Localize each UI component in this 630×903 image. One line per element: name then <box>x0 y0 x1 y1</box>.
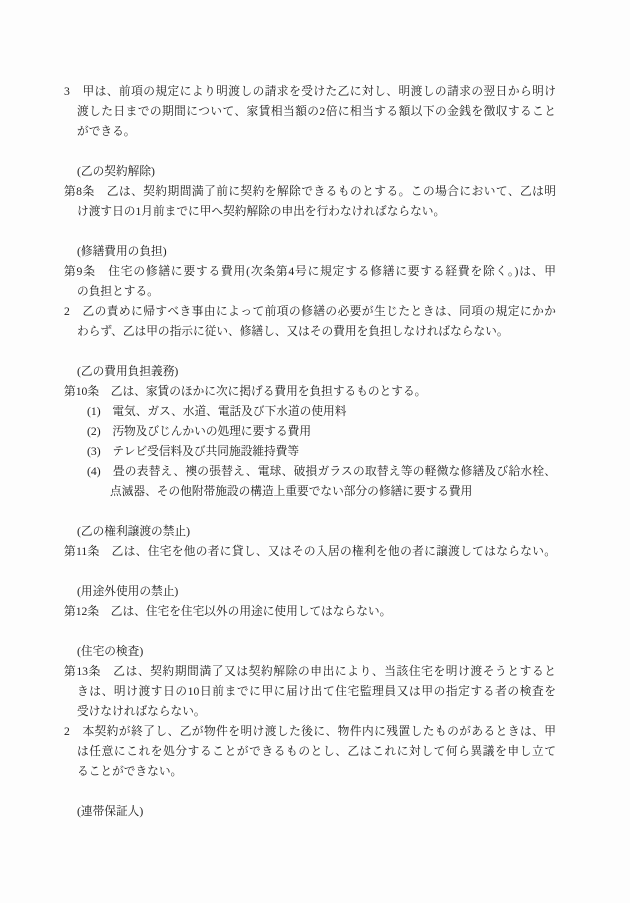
text-line: 受けなければならない。 <box>64 702 556 722</box>
blank-line <box>64 502 556 522</box>
blank-line <box>64 222 556 242</box>
blank-line <box>64 142 556 162</box>
text-line: は任意にこれを処分することができるものとし、乙はこれに対して何ら異議を申し立て <box>64 742 556 762</box>
text-line: きは、明け渡す日の10日前までに甲に届け出て住宅監理員又は甲の指定する者の検査を <box>64 682 556 702</box>
article-line: 第8条 乙は、契約期間満了前に契約を解除できるものとする。この場合において、乙は… <box>64 182 556 202</box>
article-line: 第10条 乙は、家賃のほかに次に掲げる費用を負担するものとする。 <box>64 382 556 402</box>
clause-number-line: 3 甲は、前項の規定により明渡しの請求を受けた乙に対し、明渡しの請求の翌日から明… <box>64 82 556 102</box>
article-line: 第11条 乙は、住宅を他の者に貸し、又はその入居の権利を他の者に譲渡してはならな… <box>64 542 556 562</box>
section-heading: (乙の契約解除) <box>64 162 556 182</box>
text-line: け渡す日の1月前までに甲へ契約解除の申出を行わなければならない。 <box>64 202 556 222</box>
section-heading: (連帯保証人) <box>64 802 556 822</box>
article-line: 第12条 乙は、住宅を住宅以外の用途に使用してはならない。 <box>64 602 556 622</box>
blank-line <box>64 622 556 642</box>
text-line: ができる。 <box>64 122 556 142</box>
text-line: ることができない。 <box>64 762 556 782</box>
text-line: わらず、乙は甲の指示に従い、修繕し、又はその費用を負担しなければならない。 <box>64 322 556 342</box>
list-item-line: (1) 電気、ガス、水道、電話及び下水道の使用料 <box>64 402 556 422</box>
contract-text-block: 3 甲は、前項の規定により明渡しの請求を受けた乙に対し、明渡しの請求の翌日から明… <box>64 82 556 822</box>
blank-line <box>64 782 556 802</box>
list-item-line: (3) テレビ受信料及び共同施設維持費等 <box>64 442 556 462</box>
blank-line <box>64 562 556 582</box>
blank-line <box>64 342 556 362</box>
clause-number-line: 2 乙の責めに帰すべき事由によって前項の修繕の必要が生じたときは、同項の規定にか… <box>64 302 556 322</box>
article-line: 第13条 乙は、契約期間満了又は契約解除の申出により、当該住宅を明け渡そうとする… <box>64 662 556 682</box>
section-heading: (用途外使用の禁止) <box>64 582 556 602</box>
section-heading: (住宅の検査) <box>64 642 556 662</box>
text-line: の負担とする。 <box>64 282 556 302</box>
clause-number-line: 2 本契約が終了し、乙が物件を明け渡した後に、物件内に残置したものがあるときは、… <box>64 722 556 742</box>
article-line: 第9条 住宅の修繕に要する費用(次条第4号に規定する修繕に要する経費を除く。)は… <box>64 262 556 282</box>
section-heading: (乙の権利譲渡の禁止) <box>64 522 556 542</box>
list-item-line: (2) 汚物及びじんかいの処理に要する費用 <box>64 422 556 442</box>
list-item-line: (4) 畳の表替え、襖の張替え、電球、破損ガラスの取替え等の軽微な修繕及び給水栓… <box>64 462 556 482</box>
contract-page: 3 甲は、前項の規定により明渡しの請求を受けた乙に対し、明渡しの請求の翌日から明… <box>0 0 630 903</box>
section-heading: (修繕費用の負担) <box>64 242 556 262</box>
text-line: 渡した日までの期間について、家賃相当額の2倍に相当する額以下の金銭を徴収すること <box>64 102 556 122</box>
text-line: 点滅器、その他附帯施設の構造上重要でない部分の修繕に要する費用 <box>64 482 556 502</box>
section-heading: (乙の費用負担義務) <box>64 362 556 382</box>
